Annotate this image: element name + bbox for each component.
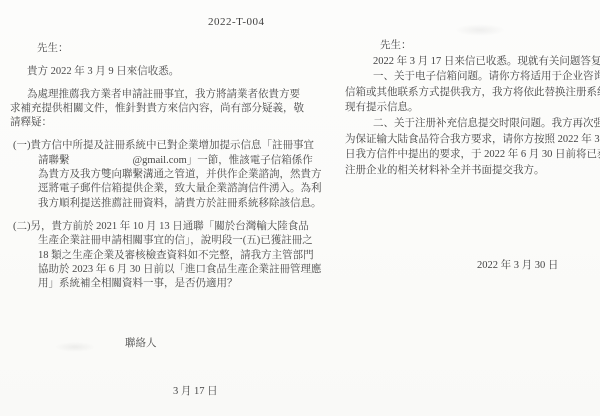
left-letter-line: 為處理推薦我方業者申請註冊事宜，我方將請業者依貴方要: [10, 88, 298, 102]
left-letter-date: 3 月 17 日: [10, 385, 298, 399]
right-letter-line: 为保证输大陆食品符合我方要求，请你方按照 2022 年 3 月 9: [345, 132, 595, 148]
left-letter-page: 先生： 貴方 2022 年 3 月 9 日來信收悉。 為處理推薦我方業者申請註冊…: [10, 40, 298, 399]
left-letter-item-two-line: 18 類之生產企業及審核檢查資料如不完整，請我方主管部門: [10, 249, 298, 263]
scanned-document: 2022-T-004 先生： 貴方 2022 年 3 月 9 日來信收悉。 為處…: [0, 0, 600, 416]
right-letter-line: 2022 年 3 月 17 日来信已收悉。现就有关问题答复如下：: [345, 54, 595, 70]
right-letter-line: 注册企业的相关材料补全并书面提交我方。: [345, 163, 595, 179]
scan-smudge: [455, 24, 505, 36]
left-letter-item-two-line: 用」系統補全相關資料一事，是否仍適用？: [10, 277, 298, 291]
left-letter-line: 求補充提供相關文件，惟針對貴方來信內容，尚有部分疑義，敬: [10, 102, 298, 116]
left-letter-item-two-line: 協助於 2023 年 6 月 30 日前以「進口食品生產企業註冊管理應: [10, 263, 298, 277]
left-letter-item-two-line: (二)另，貴方前於 2021 年 10 月 13 日通聯「關於台灣輸大陸食品: [10, 220, 298, 234]
left-letter-salutation: 先生：: [10, 42, 298, 56]
contact-person-label: 聯絡人: [10, 337, 298, 351]
right-letter-line: 信箱或其他联系方式提供我方，我方将依此替换注册系统中的: [345, 85, 595, 101]
right-letter-line: 一、关于电子信箱问题。请你方将适用于企业咨询的电子: [345, 69, 595, 85]
left-letter-item-one-line: 逕將電子郵件信箱提供企業，致大量企業諮詢信件湧入。為利: [10, 182, 298, 196]
left-letter-item-one-line: 請聯繫 @gmail.com」一節，惟該電子信箱係作: [10, 154, 298, 168]
left-letter-item-one-line: (一)貴方信中所提及註冊系統中已對企業增加提示信息「註冊事宜: [10, 139, 298, 153]
left-letter-opening: 貴方 2022 年 3 月 9 日來信收悉。: [10, 65, 298, 79]
left-letter-item-two-line: 生產企業註冊申請相關事宜的信」，說明段一(五)已獲註冊之: [10, 234, 298, 248]
right-letter-line: 日我方信件中提出的要求，于 2022 年 6 月 30 日前将已获大陆: [345, 147, 595, 163]
left-letter-item-one-line: 為貴方及我方雙向聯繫溝通之管道，并供作企業諮詢，然貴方: [10, 168, 298, 182]
right-letter-salutation: 先生：: [345, 38, 595, 54]
right-letter-page: 先生： 2022 年 3 月 17 日来信已收悉。现就有关问题答复如下： 一、关…: [345, 38, 595, 274]
right-letter-date: 2022 年 3 月 30 日: [345, 258, 595, 274]
left-letter-line: 請釋疑：: [10, 116, 298, 130]
right-letter-line: 现有提示信息。: [345, 100, 595, 116]
left-letter-item-one-line: 我方順利提送推薦註冊資料，請貴方於註冊系統移除該信息。: [10, 197, 298, 211]
reference-number: 2022-T-004: [208, 16, 265, 28]
right-letter-line: 二、关于注册补充信息提交时限问题。我方再次强调如下，: [345, 116, 595, 132]
